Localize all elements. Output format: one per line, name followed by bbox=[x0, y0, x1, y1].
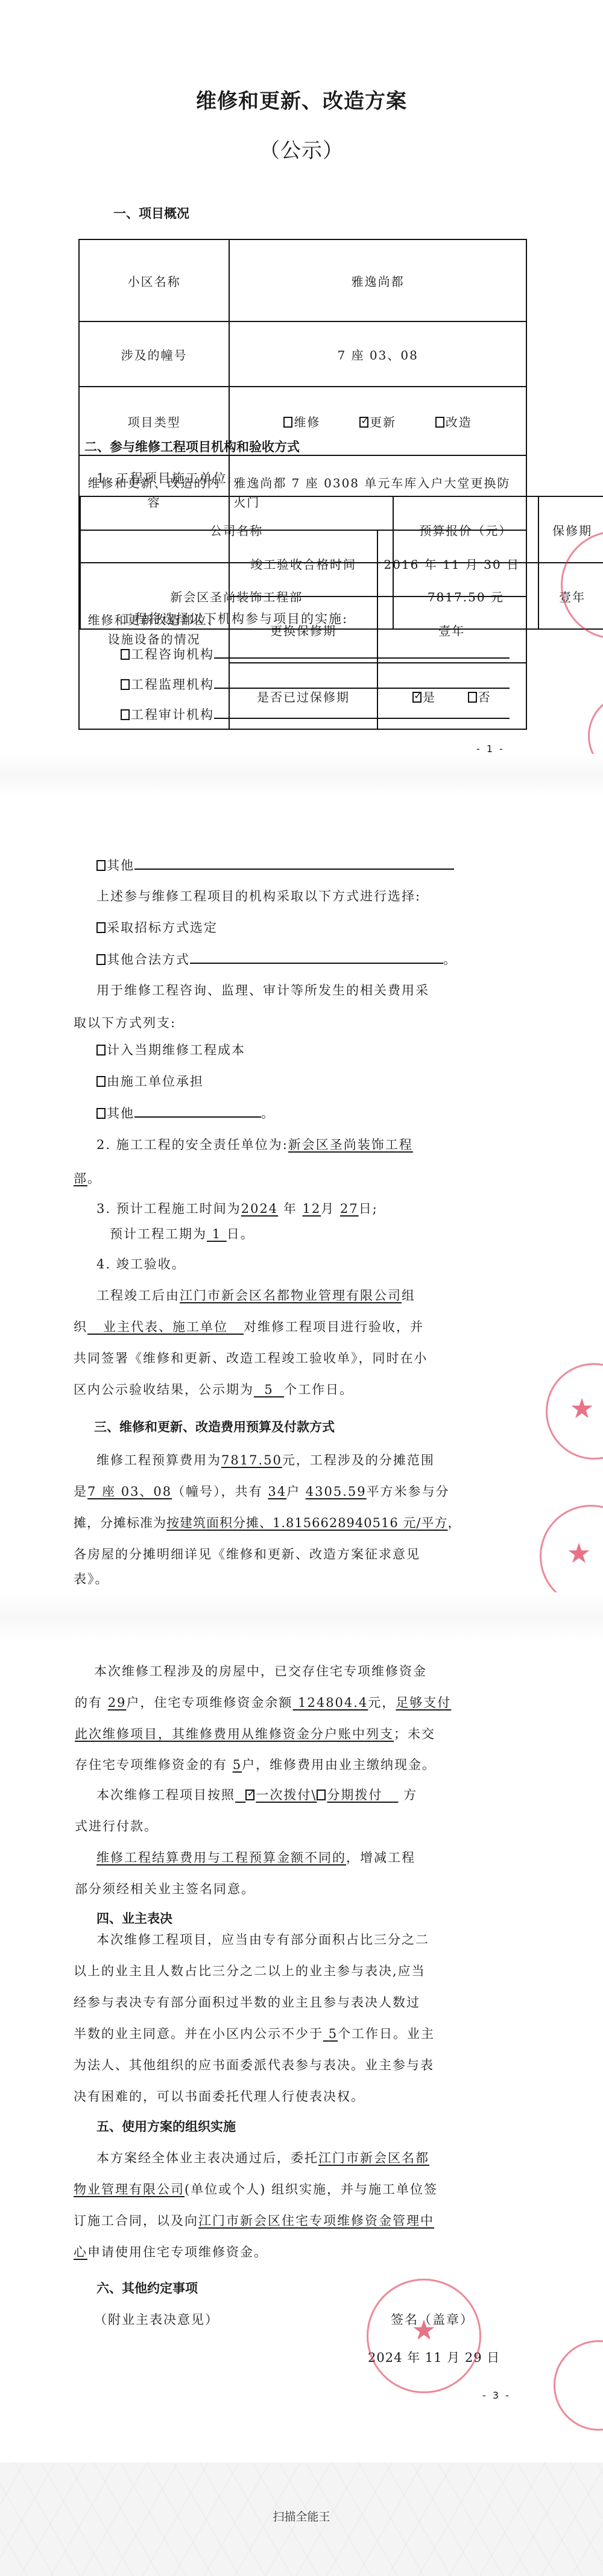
checkbox-renovate[interactable] bbox=[435, 417, 444, 428]
impl-line3: 订施工合同，以及向江门市新会区住宅专项维修资金管理中 bbox=[74, 2211, 434, 2229]
selection-intro: 上述参与维修工程项目的机构采取以下方式进行选择: bbox=[96, 887, 421, 905]
vote-line5: 为法人、其他组织的应书面委派代表参与表决。业主参与表 bbox=[74, 2055, 434, 2074]
checkbox-tender[interactable] bbox=[96, 922, 106, 933]
checkbox-expired-yes-checked[interactable] bbox=[412, 692, 421, 703]
fee-option-other[interactable]: 其他。 bbox=[96, 1103, 275, 1122]
fund-line1: 本次维修工程涉及的房屋中，已交存住宅专项维修资金 bbox=[94, 1662, 427, 1680]
acceptance-line4: 区内公示验收结果，公示期为 5 个工作日。 bbox=[74, 1380, 353, 1398]
checkbox-fee-other[interactable] bbox=[96, 1108, 106, 1119]
type-option-renovate[interactable]: 改造 bbox=[435, 415, 472, 429]
checkbox-fee-cost[interactable] bbox=[96, 1045, 106, 1055]
item-4-acceptance: 4. 竣工验收。 bbox=[96, 1255, 186, 1273]
section-2-heading: 二、参与维修工程项目机构和验收方式 bbox=[84, 437, 300, 455]
acceptance-line2: 织 业主代表、施工单位 对维修工程项目进行验收，并 bbox=[74, 1317, 424, 1335]
acceptance-line3: 共同签署《维修和更新、改造工程竣工验收单》，同时在小 bbox=[74, 1349, 428, 1367]
document-title: 维修和更新、改造方案 bbox=[0, 84, 603, 114]
other-institution-blank[interactable] bbox=[134, 855, 454, 870]
page-number-1: - 1 - bbox=[476, 743, 505, 755]
scanner-app-name: 扫描全能王 bbox=[0, 2508, 603, 2524]
institution-other[interactable]: 其他 bbox=[96, 855, 454, 874]
standard-line: 摊，分摊标准为按建筑面积分摊、1.8156628940516 元/平方， bbox=[74, 1513, 461, 1531]
vote-line4: 半数的业主同意。并在小区内公示不少于 5个工作日。业主 bbox=[74, 2024, 435, 2042]
other-legal-blank[interactable] bbox=[190, 949, 443, 964]
scope-line: 是7 座 03、08（幢号），共有 34户 4305.59平方米参与分 bbox=[74, 1482, 450, 1500]
checkbox-consulting[interactable] bbox=[121, 649, 130, 660]
item-2-safety-unit: 2. 施工工程的安全责任单位为:新会区圣尚装饰工程 bbox=[96, 1135, 413, 1153]
checkbox-other-institution[interactable] bbox=[96, 860, 106, 871]
item-3-start-date: 3. 预计工程施工时间为2024 年 12月 27日; bbox=[96, 1199, 378, 1217]
vote-line3: 经参与表决专有部分面积过半数的业主且参与表决人数过 bbox=[74, 1993, 420, 2011]
fee-intro-line1: 用于维修工程咨询、监理、审计等所发生的相关费用采 bbox=[96, 981, 429, 999]
checkbox-installments[interactable] bbox=[317, 1790, 326, 1800]
institution-consulting[interactable]: 工程咨询机构 bbox=[121, 644, 510, 663]
page-number-3: - 3 - bbox=[482, 2390, 511, 2401]
building-label: 涉及的幢号 bbox=[79, 321, 229, 387]
vote-line6: 决有困难的，可以书面委托代理人行使表决权。 bbox=[74, 2087, 365, 2105]
fund-line3: 此次维修项目，其维修费用从维修资金分户账中列支；未交 bbox=[75, 1724, 435, 1742]
fee-option-cost[interactable]: 计入当期维修工程成本 bbox=[96, 1040, 245, 1059]
fund-line4: 存住宅专项维修资金的有 5户，维修费用由业主缴纳现金。 bbox=[75, 1755, 436, 1773]
header-company: 公司名称 bbox=[80, 496, 393, 563]
company-seal: ★ bbox=[367, 2279, 481, 2393]
acceptance-line1: 工程竣工后由江门市新会区名都物业管理有限公司组 bbox=[96, 1286, 415, 1304]
vote-line2: 以上的业主且人数占比三分之二以上的业主参与表决,应当 bbox=[74, 1961, 426, 1979]
type-option-renew[interactable]: 更新 bbox=[359, 415, 396, 429]
detail-line-end: 表》。 bbox=[74, 1569, 109, 1587]
attachment-note: （附业主表决意见） bbox=[94, 2310, 219, 2328]
document-subtitle: （公示） bbox=[0, 134, 603, 163]
payment-line-end: 式进行付款。 bbox=[75, 1817, 158, 1835]
checkbox-expired-no[interactable] bbox=[468, 692, 477, 703]
budget-line: 维修工程预算费用为7817.50元，工程涉及的分摊范围 bbox=[96, 1451, 435, 1469]
section-3-heading: 三、维修和更新、改造费用预算及付款方式 bbox=[94, 1417, 335, 1435]
institution-supervision[interactable]: 工程监理机构 bbox=[121, 674, 510, 693]
building-value: 7 座 03、08 bbox=[229, 321, 526, 387]
impl-line1: 本方案经全体业主表决通过后，委托江门市新会区名都 bbox=[96, 2148, 429, 2166]
budget-amount: 7817.50 元 bbox=[393, 563, 539, 629]
diff-line: 维修工程结算费用与工程预算金额不同的，增减工程 bbox=[96, 1848, 415, 1866]
community-label: 小区名称 bbox=[79, 239, 229, 321]
type-option-repair[interactable]: 维修 bbox=[283, 415, 320, 429]
checkbox-renew-checked[interactable] bbox=[359, 417, 368, 428]
institutions-intro: 工程将选择以下机构参与项目的实施: bbox=[121, 609, 348, 627]
item-3-duration: 预计工程工期为 1 日。 bbox=[110, 1224, 254, 1242]
page-break bbox=[0, 1592, 603, 1641]
header-budget: 预算报价（元） bbox=[393, 496, 539, 563]
audit-blank[interactable] bbox=[214, 704, 510, 719]
fee-other-blank[interactable] bbox=[134, 1103, 261, 1118]
section-1-heading: 一、项目概况 bbox=[113, 204, 189, 222]
institution-audit[interactable]: 工程审计机构 bbox=[121, 704, 510, 723]
supervision-blank[interactable] bbox=[214, 674, 510, 689]
selection-tender[interactable]: 采取招标方式选定 bbox=[96, 918, 218, 936]
checkbox-lump-sum-checked[interactable] bbox=[245, 1790, 254, 1800]
fee-option-contractor[interactable]: 由施工单位承担 bbox=[96, 1072, 204, 1090]
diff-line-end: 部分须经相关业主签名同意。 bbox=[75, 1879, 255, 1897]
page-break bbox=[0, 754, 603, 796]
vote-line1: 本次维修工程项目，应当由专有部分面积占比三分之二 bbox=[96, 1930, 429, 1948]
payment-line: 本次维修工程项目按照 一次拨付\分期拨付 方 bbox=[96, 1785, 417, 1803]
detail-line: 各房屋的分摊明细详见《维修和更新、改造方案征求意见 bbox=[74, 1545, 420, 1563]
impl-line2: 物业管理有限公司(单位或个人) 组织实施，并与施工单位签 bbox=[74, 2180, 438, 2198]
checkbox-audit[interactable] bbox=[121, 709, 130, 720]
impl-line4: 心申请使用住宅专项维修资金。 bbox=[74, 2242, 268, 2261]
item-1-label: 1. 工程项目施工单位: bbox=[96, 469, 233, 487]
item-2-safety-unit-cont: 部。 bbox=[74, 1169, 101, 1187]
checkbox-supervision[interactable] bbox=[121, 679, 130, 690]
checkbox-fee-contractor[interactable] bbox=[96, 1076, 106, 1087]
fee-intro-line2: 取以下方式列支: bbox=[74, 1013, 176, 1031]
company-seal-fragment: ★ bbox=[546, 1363, 603, 1460]
section-6-heading: 六、其他约定事项 bbox=[96, 2279, 198, 2297]
checkbox-repair[interactable] bbox=[283, 417, 292, 428]
section-5-heading: 五、使用方案的组织实施 bbox=[96, 2117, 236, 2135]
fund-line2: 的有 29户，住宅专项维修资金余额 124804.4元，足够支付 bbox=[75, 1693, 451, 1711]
community-value: 雅逸尚都 bbox=[229, 239, 526, 321]
selection-other-legal[interactable]: 其他合法方式。 bbox=[96, 949, 457, 968]
company-seal-fragment bbox=[554, 2340, 603, 2431]
section-4-heading: 四、业主表决 bbox=[96, 1909, 172, 1927]
consulting-blank[interactable] bbox=[214, 644, 510, 659]
checkbox-other-legal[interactable] bbox=[96, 954, 106, 965]
